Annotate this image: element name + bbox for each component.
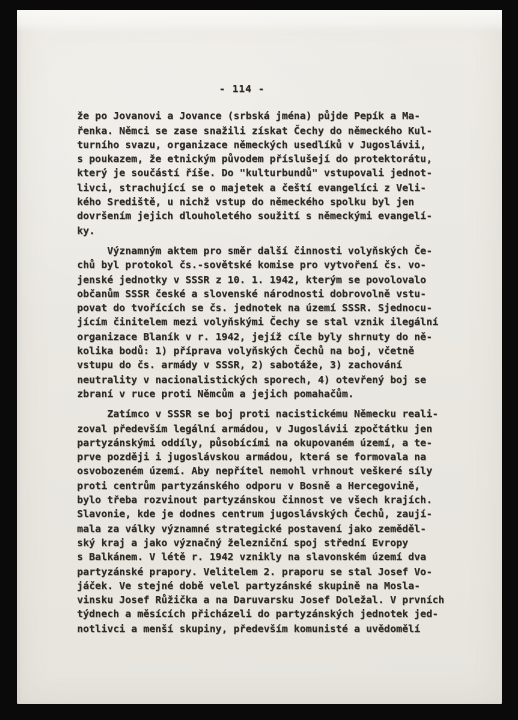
text-line: jenské jednotky v SSSR z 10. 1. 1942, kt… xyxy=(77,274,447,288)
text-line: osvobozeném území. Aby nepřítel nemohl v… xyxy=(77,465,447,479)
text-line: mala za války významné strategické posta… xyxy=(77,523,447,537)
text-line: neutrality v nacionalistických sporech, … xyxy=(77,374,447,388)
text-line: jícím činitelem mezi volyňskými Čechy se… xyxy=(77,316,447,330)
text-line: prve později i jugoslávskou armádou, kte… xyxy=(77,451,447,465)
text-line: povat do tvořících se čs. jednotek na úz… xyxy=(77,302,447,316)
text-line: vstupu do čs. armády v SSSR, 2) sabotáže… xyxy=(77,359,447,373)
text-line: občanům SSSR české a slovenské národnost… xyxy=(77,288,447,302)
text-line: turního svazu, organizace německých used… xyxy=(77,139,447,153)
text-line: řenka. Němci se zase snažili získat Čech… xyxy=(77,125,447,139)
text-line: chů byl protokol čs.-sovětské komise pro… xyxy=(77,259,447,273)
paragraph: že po Jovanovi a Jovance (srbská jména) … xyxy=(77,110,447,239)
page-content: - 114 - že po Jovanovi a Jovance (srbská… xyxy=(77,83,447,637)
text-line: Významným aktem pro směr další činnosti … xyxy=(77,245,447,259)
text-line: kého Srediště, u nichž vstup do německéh… xyxy=(77,196,447,210)
text-line: že po Jovanovi a Jovance (srbská jména) … xyxy=(77,110,447,124)
text-line: bylo třeba rozvinout partyzánskou činnos… xyxy=(77,494,447,508)
text-line: proti centrům partyzánského odporu v Bos… xyxy=(77,480,447,494)
text-line: vinsku Josef Růžička a na Daruvarsku Jos… xyxy=(77,594,447,608)
paper-top-edge xyxy=(17,10,502,32)
text-line: livci, strachující se o majetek a čeští … xyxy=(77,182,447,196)
scan-background: - 114 - že po Jovanovi a Jovance (srbská… xyxy=(0,0,518,720)
text-line: ky. xyxy=(77,225,447,239)
text-line: Zatímco v SSSR se boj proti nacistickému… xyxy=(77,408,447,422)
text-line: zoval především legální armádou, v Jugos… xyxy=(77,423,447,437)
text-line: notlivci a menší skupiny, především komu… xyxy=(77,623,447,637)
paragraph: Významným aktem pro směr další činnosti … xyxy=(77,245,447,402)
text-line: organizace Blaník v r. 1942, jejíž cíle … xyxy=(77,331,447,345)
text-line: dovršením jejich dlouholetého soužití s … xyxy=(77,210,447,224)
text-line: kolika bodů: 1) příprava volyňských Čech… xyxy=(77,345,447,359)
text-line: ský kraj a jako význačný železniční spoj… xyxy=(77,537,447,551)
text-line: partyzánské prapory. Velitelem 2. prapor… xyxy=(77,566,447,580)
text-line: partyzánskými oddíly, působícími na okup… xyxy=(77,437,447,451)
text-line: který je součástí říše. Do "kulturbundů"… xyxy=(77,167,447,181)
text-line: Slavonie, kde je dodnes centrum jugosláv… xyxy=(77,508,447,522)
document-page: - 114 - že po Jovanovi a Jovance (srbská… xyxy=(17,10,502,704)
text-line: zbraní v ruce proti Němcům a jejich poma… xyxy=(77,388,447,402)
page-number: - 114 - xyxy=(57,83,427,97)
text-line: jáček. Ve stejné době velel partyzánské … xyxy=(77,580,447,594)
text-line: s poukazem, že etnickým původem přísluše… xyxy=(77,153,447,167)
text-line: týdnech a měsících přicházeli do partyzá… xyxy=(77,608,447,622)
text-line: s Balkánem. V létě r. 1942 vznikly na sl… xyxy=(77,551,447,565)
document-body: že po Jovanovi a Jovance (srbská jména) … xyxy=(77,110,447,637)
paragraph: Zatímco v SSSR se boj proti nacistickému… xyxy=(77,408,447,637)
